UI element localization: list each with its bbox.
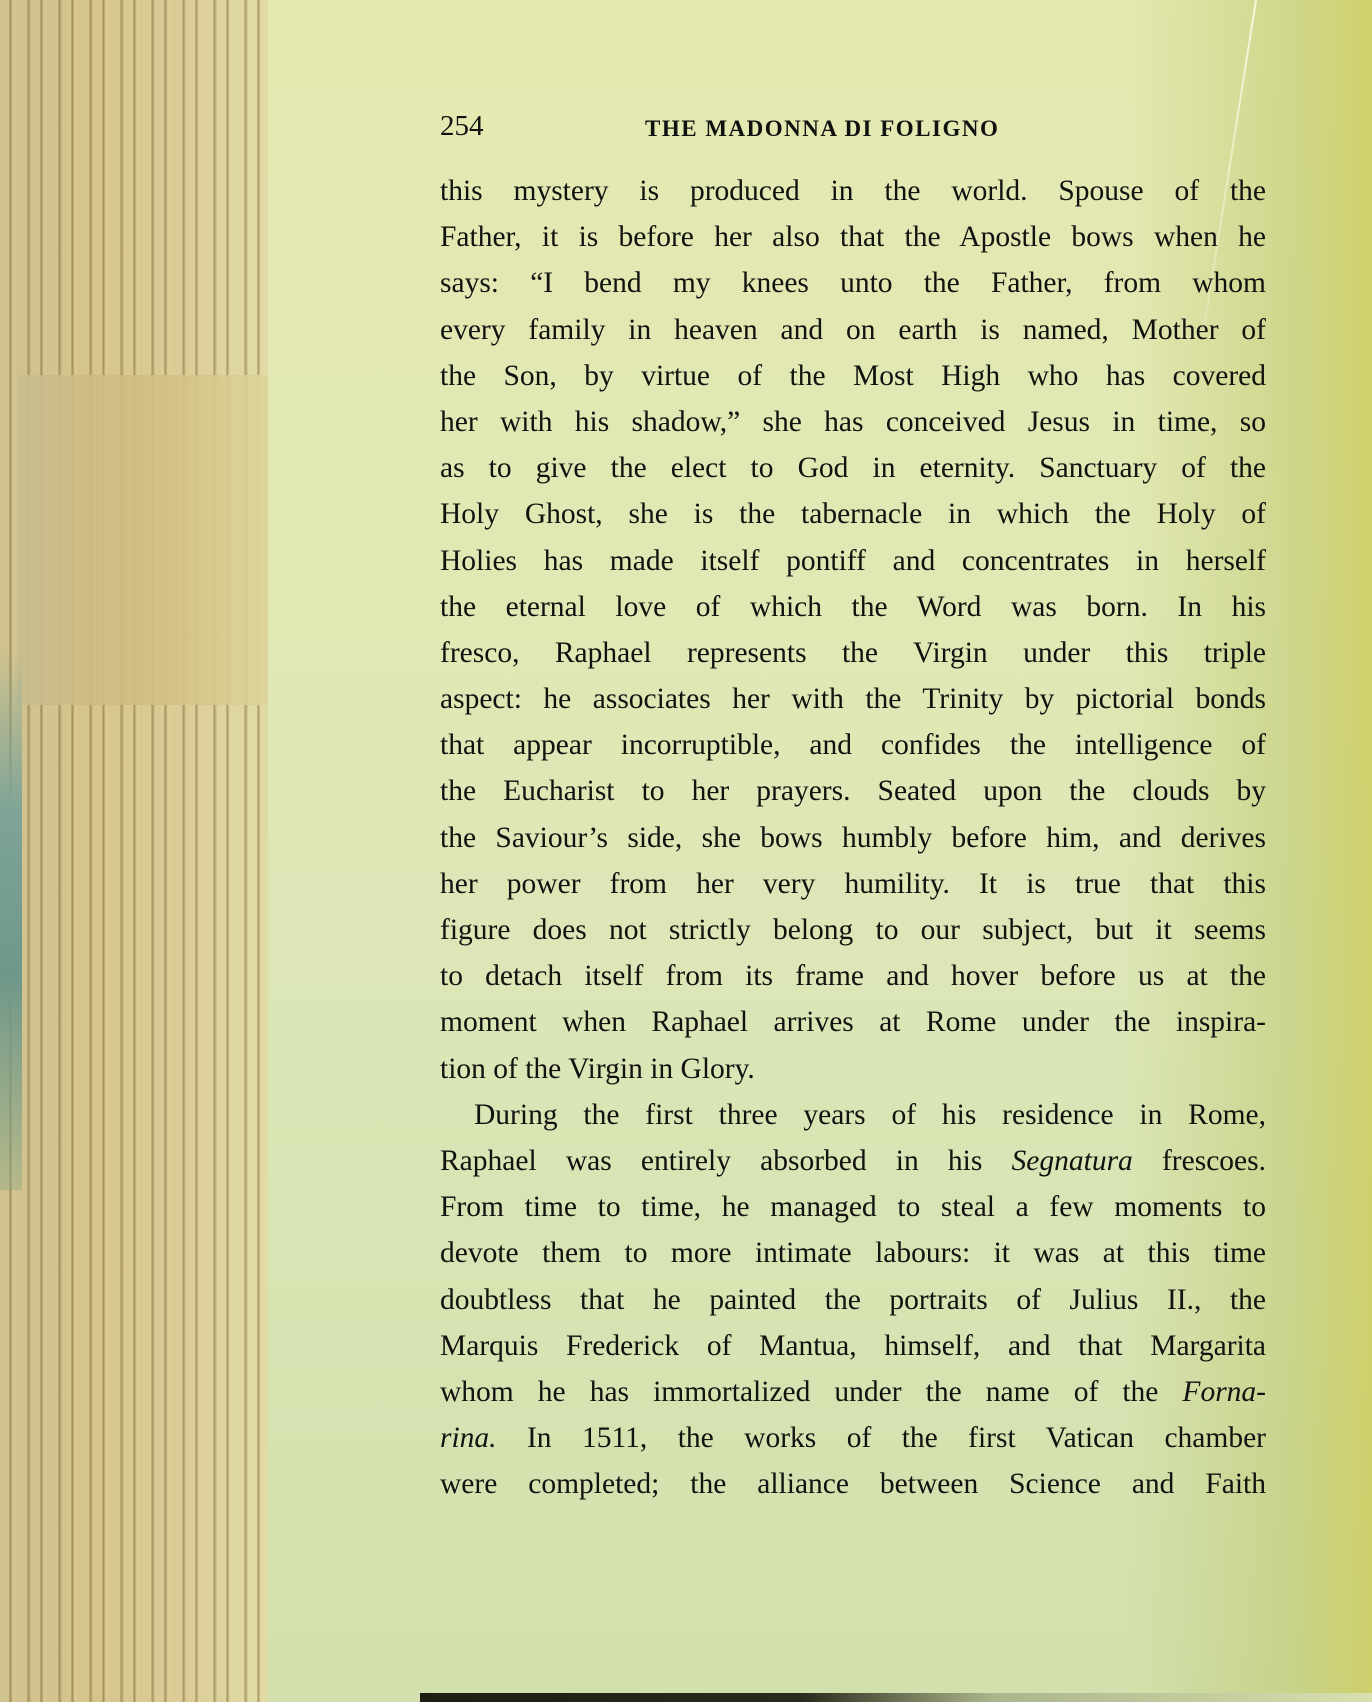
text-line: were completed; the alliance between Sci…: [440, 1461, 1266, 1507]
italic-term: Forna-: [1182, 1376, 1266, 1408]
text-line: aspect: he associates her with the Trini…: [440, 676, 1266, 722]
italic-term: rina.: [440, 1422, 497, 1454]
text-line: the Son, by virtue of the Most High who …: [440, 353, 1266, 399]
text-line: the eternal love of which the Word was b…: [440, 584, 1266, 630]
page-edges-blur: [18, 375, 268, 705]
page-number: 254: [440, 110, 484, 143]
text-line: figure does not strictly belong to our s…: [440, 907, 1266, 953]
text-line: that appear incorruptible, and confides …: [440, 722, 1266, 768]
body-text: this mystery is produced in the world. S…: [440, 168, 1266, 1507]
text-line: her with his shadow,” she has conceived …: [440, 399, 1266, 445]
text-line: doubtless that he painted the portraits …: [440, 1277, 1266, 1323]
text-line: as to give the elect to God in eternity.…: [440, 445, 1266, 491]
text-line: whom he has immortalized under the name …: [440, 1369, 1266, 1415]
text-line: Marquis Frederick of Mantua, himself, an…: [440, 1323, 1266, 1369]
text-line: Holies has made itself pontiff and conce…: [440, 538, 1266, 584]
text-line: to detach itself from its frame and hove…: [440, 953, 1266, 999]
italic-term: Segnatura: [1012, 1145, 1133, 1177]
text-line: From time to time, he managed to steal a…: [440, 1184, 1266, 1230]
text-line: tion of the Virgin in Glory.: [440, 1046, 1266, 1092]
text-line: her power from her very humility. It is …: [440, 861, 1266, 907]
text-line: the Saviour’s side, she bows humbly befo…: [440, 815, 1266, 861]
page-edges-stack: [0, 0, 268, 1702]
running-title: THE MADONNA DI FOLIGNO: [645, 116, 999, 142]
book-cover-edge: [0, 650, 22, 1190]
text-line: says: “I bend my knees unto the Father, …: [440, 260, 1266, 306]
text-line: every family in heaven and on earth is n…: [440, 307, 1266, 353]
text-line: moment when Raphael arrives at Rome unde…: [440, 999, 1266, 1045]
text-line: devote them to more intimate labours: it…: [440, 1230, 1266, 1276]
paragraph: During the first three years of his resi…: [440, 1092, 1266, 1508]
text-line: the Eucharist to her prayers. Seated upo…: [440, 768, 1266, 814]
text-line: Father, it is before her also that the A…: [440, 214, 1266, 260]
bottom-shadow-edge: [420, 1693, 1372, 1702]
text-line: rina. In 1511, the works of the first Va…: [440, 1415, 1266, 1461]
text-line: fresco, Raphael represents the Virgin un…: [440, 630, 1266, 676]
text-line: this mystery is produced in the world. S…: [440, 168, 1266, 214]
paragraph: this mystery is produced in the world. S…: [440, 168, 1266, 1092]
text-line: Raphael was entirely absorbed in his Seg…: [440, 1138, 1266, 1184]
text-line: During the first three years of his resi…: [440, 1092, 1266, 1138]
text-line: Holy Ghost, she is the tabernacle in whi…: [440, 491, 1266, 537]
running-header: 254 THE MADONNA DI FOLIGNO: [440, 108, 1265, 148]
